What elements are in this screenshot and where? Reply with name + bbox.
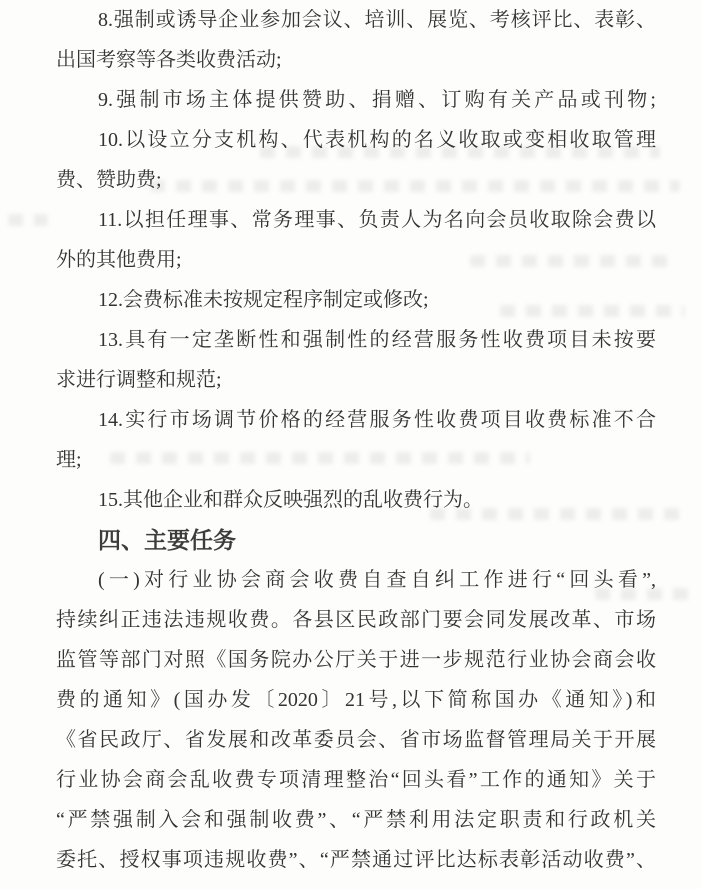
text-line: 行业协会商会乱收费专项清理整治“回头看”工作的通知》关于 (56, 760, 656, 800)
text-line: 委托、授权事项违规收费”、“严禁通过评比达标表彰活动收费”、 (56, 840, 656, 880)
text-line: 费的通知》(国办发〔2020〕21号,以下简称国办《通知》)和 (56, 680, 656, 720)
text-line: “严禁强制入会和强制收费”、“严禁利用法定职责和行政机关 (56, 800, 656, 840)
text-line: 外的其他费用; (56, 240, 656, 280)
text-line: 11.以担任理事、常务理事、负责人为名向会员收取除会费以 (56, 200, 656, 240)
text-line: 13.具有一定垄断性和强制性的经营服务性收费项目未按要 (56, 320, 656, 360)
text-line: 监管等部门对照《国务院办公厅关于进一步规范行业协会商会收 (56, 640, 656, 680)
section-heading: 四、主要任务 (56, 520, 656, 560)
text-line: 15.其他企业和群众反映强烈的乱收费行为。 (56, 480, 656, 520)
text-line: 10.以设立分支机构、代表机构的名义收取或变相收取管理 (56, 120, 656, 160)
text-line: 求进行调整和规范; (56, 360, 656, 400)
scanned-document-page: 8.强制或诱导企业参加会议、培训、展览、考核评比、表彰、出国考察等各类收费活动;… (0, 0, 701, 889)
text-line: 费、赞助费; (56, 160, 656, 200)
text-line: 12.会费标准未按规定程序制定或修改; (56, 280, 656, 320)
text-line: 《省民政厅、省发展和改革委员会、省市场监督管理局关于开展 (56, 720, 656, 760)
text-line: (一)对行业协会商会收费自查自纠工作进行“回头看”, (56, 560, 656, 600)
document-body: 8.强制或诱导企业参加会议、培训、展览、考核评比、表彰、出国考察等各类收费活动;… (56, 0, 656, 880)
text-line: 8.强制或诱导企业参加会议、培训、展览、考核评比、表彰、 (56, 0, 656, 40)
text-line: 9.强制市场主体提供赞助、捐赠、订购有关产品或刊物; (56, 80, 656, 120)
text-line: 理; (56, 440, 656, 480)
text-line: 持续纠正违法违规收费。各县区民政部门要会同发展改革、市场 (56, 600, 656, 640)
scan-artifact (8, 214, 48, 226)
text-line: 14.实行市场调节价格的经营服务性收费项目收费标准不合 (56, 400, 656, 440)
text-line: 出国考察等各类收费活动; (56, 40, 656, 80)
